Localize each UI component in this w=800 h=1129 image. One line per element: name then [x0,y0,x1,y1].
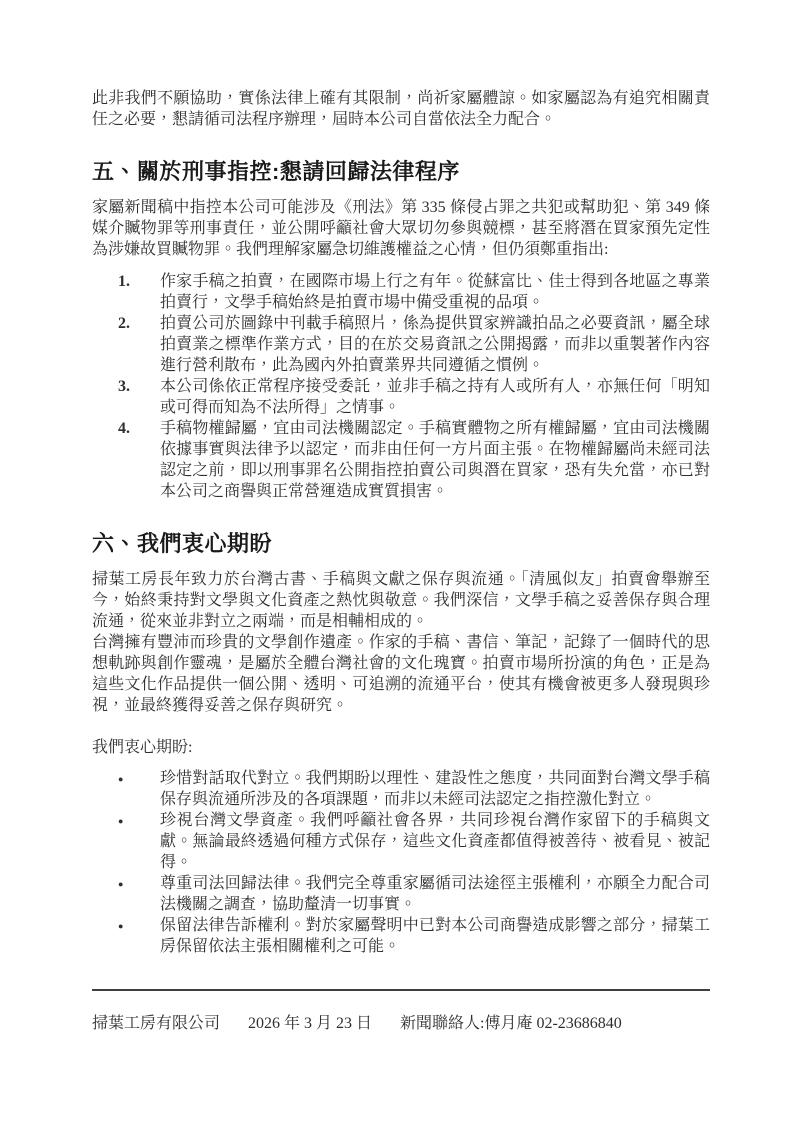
bullet-item-4: ● 保留法律告訴權利。對於家屬聲明中已對本公司商譽造成影響之部分，掃葉工房保留依… [92,915,710,957]
numbered-item-text: 作家手稿之拍賣，在國際市場上行之有年。從蘇富比、佳士得到各地區之專業拍賣行，文學… [160,271,710,313]
bullet-icon: ● [118,915,160,937]
numbered-list: 1. 作家手稿之拍賣，在國際市場上行之有年。從蘇富比、佳士得到各地區之專業拍賣行… [92,271,710,502]
bullet-item-text: 尊重司法回歸法律。我們完全尊重家屬循司法途徑主張權利，亦願全力配合司法機關之調查… [160,873,710,915]
bullet-icon: ● [118,768,160,790]
bullet-icon: ● [118,810,160,832]
bullet-icon: ● [118,873,160,895]
section-five-heading: 五、關於刑事指控:懇請回歸法律程序 [92,158,710,185]
footer-date: 2026 年 3 月 23 日 [248,1013,372,1034]
footer-company-name: 掃葉工房有限公司 [92,1013,220,1034]
section-six-paragraph-2: 台灣擁有豐沛而珍貴的文學創作遺產。作家的手稿、書信、筆記，記錄了一個時代的思想軌… [92,632,710,716]
footer: 掃葉工房有限公司 2026 年 3 月 23 日 新聞聯絡人:傅月庵 02-23… [92,1013,710,1034]
footer-press-contact: 新聞聯絡人:傅月庵 02-23686840 [400,1013,622,1034]
section-five-lead-paragraph: 家屬新聞稿中指控本公司可能涉及《刑法》第 335 條侵占罪之共犯或幫助犯、第 3… [92,197,710,260]
bullet-item-1: ● 珍惜對話取代對立。我們期盼以理性、建設性之態度，共同面對台灣文學手稿保存與流… [92,768,710,810]
footer-divider [92,989,710,991]
numbered-item-4: 4. 手稿物權歸屬，宜由司法機關認定。手稿實體物之所有權歸屬，宜由司法機關依據事… [92,418,710,502]
hopes-label: 我們衷心期盼: [92,737,710,758]
press-release-page: 此非我們不願協助，實係法律上確有其限制，尚祈家屬體諒。如家屬認為有追究相關責任之… [0,0,800,1129]
item-number: 2. [118,313,160,334]
numbered-item-text: 手稿物權歸屬，宜由司法機關認定。手稿實體物之所有權歸屬，宜由司法機關依據事實與法… [160,418,710,502]
bullet-item-2: ● 珍視台灣文學資產。我們呼籲社會各界，共同珍視台灣作家留下的手稿與文獻。無論最… [92,810,710,873]
item-number: 3. [118,376,160,397]
bullet-item-text: 珍惜對話取代對立。我們期盼以理性、建設性之態度，共同面對台灣文學手稿保存與流通所… [160,768,710,810]
bullet-item-text: 保留法律告訴權利。對於家屬聲明中已對本公司商譽造成影響之部分，掃葉工房保留依法主… [160,915,710,957]
numbered-item-text: 本公司係依正常程序接受委託，並非手稿之持有人或所有人，亦無任何「明知或可得而知為… [160,376,710,418]
item-number: 1. [118,271,160,292]
section-six-heading: 六、我們衷心期盼 [92,530,710,557]
intro-paragraph: 此非我們不願協助，實係法律上確有其限制，尚祈家屬體諒。如家屬認為有追究相關責任之… [92,88,710,130]
bullet-item-text: 珍視台灣文學資產。我們呼籲社會各界，共同珍視台灣作家留下的手稿與文獻。無論最終透… [160,810,710,873]
section-six-paragraph-1: 掃葉工房長年致力於台灣古書、手稿與文獻之保存與流通。「清風似友」拍賣會舉辦至今，… [92,569,710,632]
item-number: 4. [118,418,160,439]
numbered-item-3: 3. 本公司係依正常程序接受委託，並非手稿之持有人或所有人，亦無任何「明知或可得… [92,376,710,418]
bullet-list: ● 珍惜對話取代對立。我們期盼以理性、建設性之態度，共同面對台灣文學手稿保存與流… [92,768,710,957]
bullet-item-3: ● 尊重司法回歸法律。我們完全尊重家屬循司法途徑主張權利，亦願全力配合司法機關之… [92,873,710,915]
numbered-item-text: 拍賣公司於圖錄中刊載手稿照片，係為提供買家辨識拍品之必要資訊，屬全球拍賣業之標準… [160,313,710,376]
numbered-item-2: 2. 拍賣公司於圖錄中刊載手稿照片，係為提供買家辨識拍品之必要資訊，屬全球拍賣業… [92,313,710,376]
numbered-item-1: 1. 作家手稿之拍賣，在國際市場上行之有年。從蘇富比、佳士得到各地區之專業拍賣行… [92,271,710,313]
